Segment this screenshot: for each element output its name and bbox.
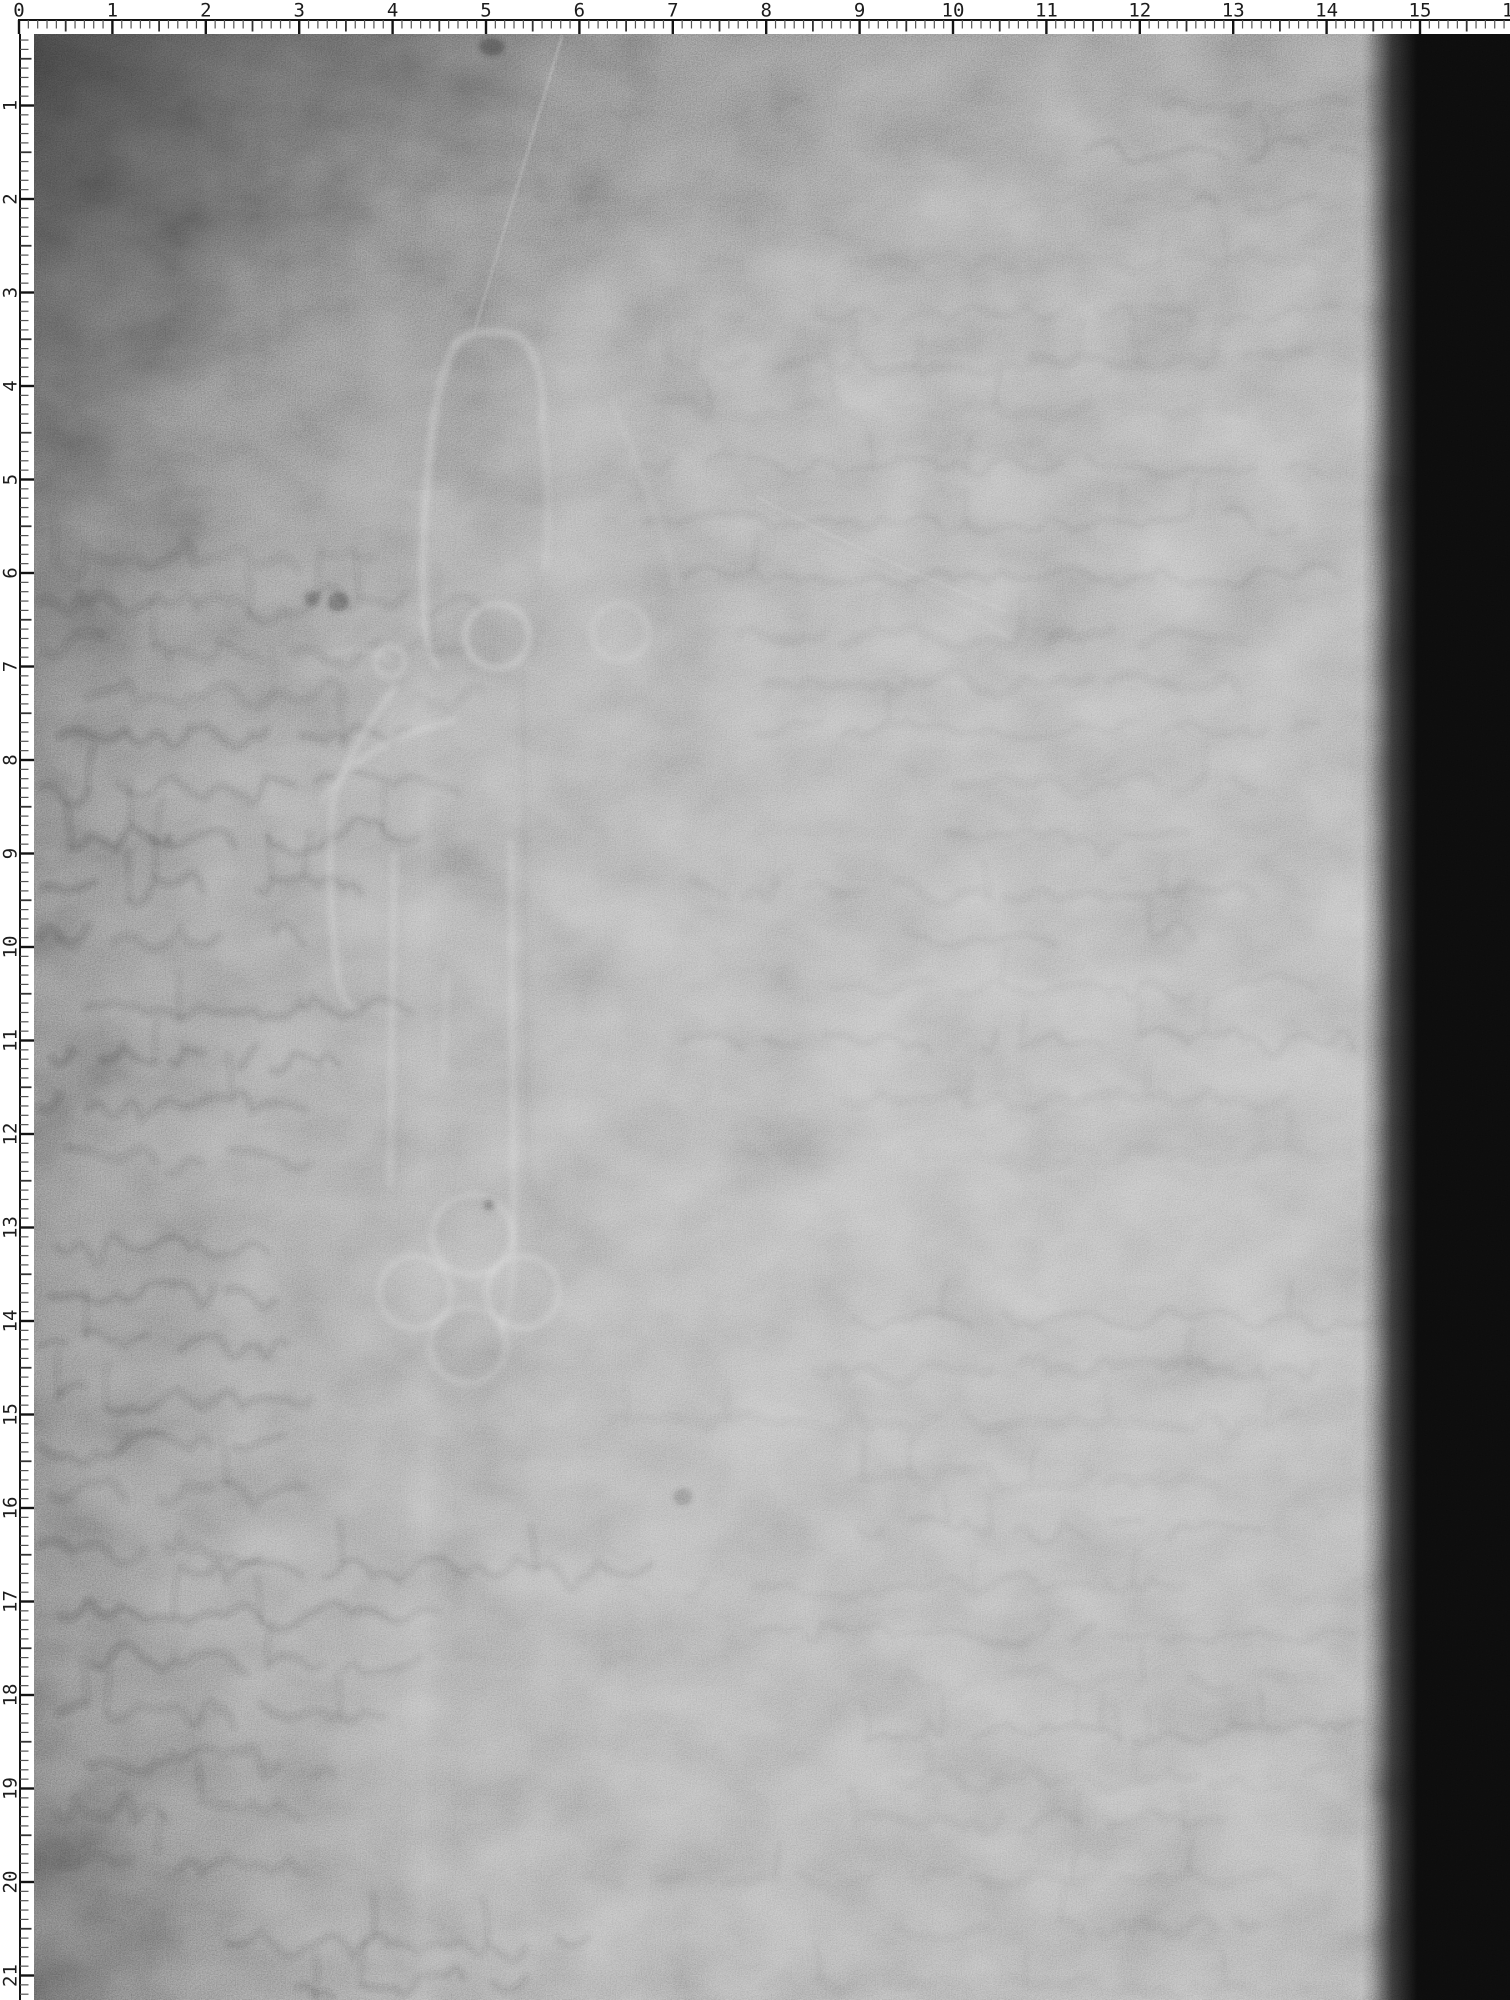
ruler-top-label: 9 bbox=[854, 0, 865, 22]
ruler-top-label: 13 bbox=[1222, 0, 1245, 22]
ruler-left-label: 7 bbox=[0, 661, 22, 672]
ruler-top: 012345678910111213141516 bbox=[0, 0, 1510, 34]
ruler-left-label: 8 bbox=[0, 754, 22, 765]
film-grain bbox=[34, 34, 1510, 2000]
ruler-left: 123456789101112131415161718192021 bbox=[0, 0, 34, 2000]
ruler-top-label: 14 bbox=[1315, 0, 1338, 22]
ruler-left-label: 13 bbox=[0, 1216, 22, 1239]
ruler-top-label: 6 bbox=[574, 0, 585, 22]
ruler-left-label: 16 bbox=[0, 1497, 22, 1520]
ruler-top-label: 2 bbox=[200, 0, 211, 22]
ruler-top-label: 12 bbox=[1128, 0, 1151, 22]
ruler-left-label: 19 bbox=[0, 1777, 22, 1800]
ruler-left-label: 4 bbox=[0, 380, 22, 391]
ruler-left-label: 3 bbox=[0, 287, 22, 298]
manuscript-photo bbox=[34, 34, 1510, 2000]
ruler-top-label: 15 bbox=[1409, 0, 1432, 22]
ruler-left-label: 20 bbox=[0, 1871, 22, 1894]
ruler-left-label: 1 bbox=[0, 100, 22, 111]
ruler-top-label: 7 bbox=[667, 0, 678, 22]
ruler-top-label: 5 bbox=[480, 0, 491, 22]
ruler-left-label: 21 bbox=[0, 1964, 22, 1987]
ruler-top-label: 10 bbox=[942, 0, 965, 22]
ruler-left-label: 2 bbox=[0, 193, 22, 204]
ruler-left-label: 5 bbox=[0, 474, 22, 485]
ruler-top-label: 4 bbox=[387, 0, 398, 22]
manuscript-scan-page: { "rulers": { "top": { "labels": ["0","1… bbox=[0, 0, 1510, 2000]
ruler-left-label: 6 bbox=[0, 567, 22, 578]
ruler-left-label: 14 bbox=[0, 1310, 22, 1333]
ruler-left-label: 10 bbox=[0, 936, 22, 959]
ruler-left-label: 12 bbox=[0, 1123, 22, 1146]
ruler-left-label: 18 bbox=[0, 1684, 22, 1707]
ruler-left-label: 17 bbox=[0, 1590, 22, 1613]
ruler-left-label: 15 bbox=[0, 1403, 22, 1426]
ruler-top-label: 0 bbox=[13, 0, 24, 22]
ruler-top-label: 3 bbox=[293, 0, 304, 22]
ruler-top-label: 1 bbox=[107, 0, 118, 22]
ruler-left-label: 9 bbox=[0, 848, 22, 859]
ruler-left-label: 11 bbox=[0, 1029, 22, 1052]
ruler-top-label: 16 bbox=[1502, 0, 1510, 22]
ruler-top-label: 8 bbox=[760, 0, 771, 22]
ruler-top-label: 11 bbox=[1035, 0, 1058, 22]
